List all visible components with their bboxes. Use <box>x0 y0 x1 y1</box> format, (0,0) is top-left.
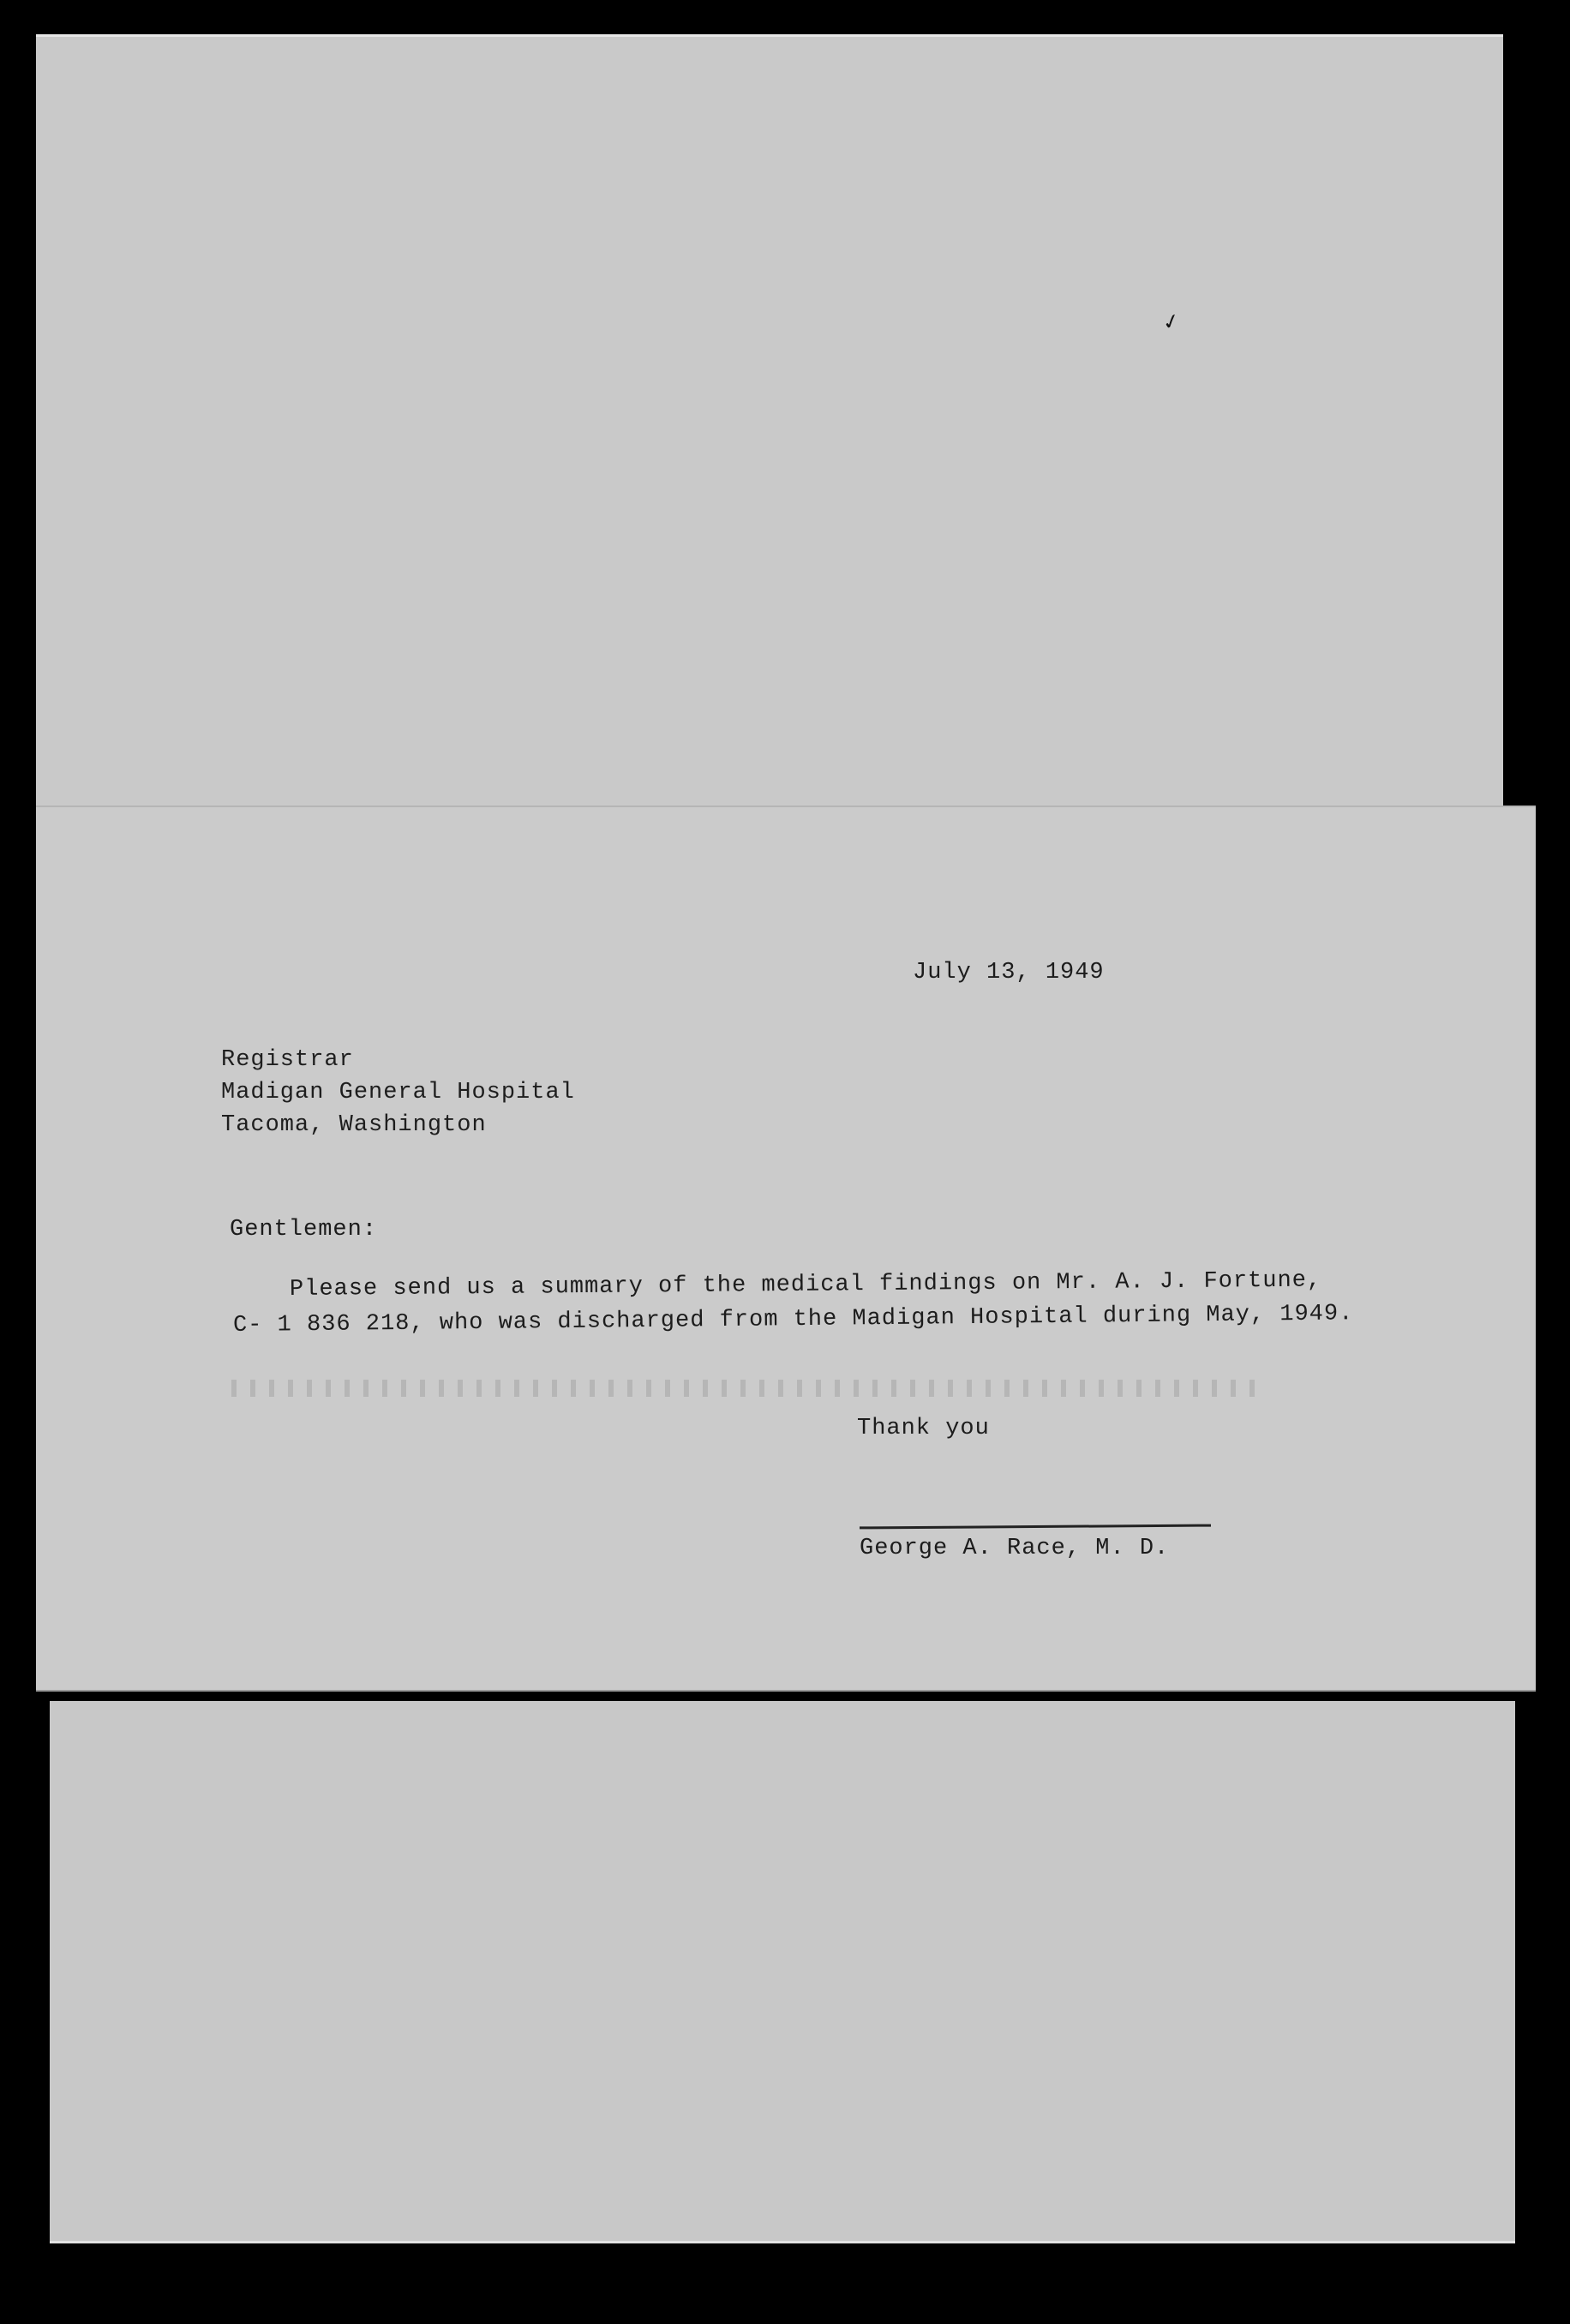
recipient-address: Registrar Madigan General Hospital Tacom… <box>221 1044 575 1141</box>
recipient-line: Madigan General Hospital <box>221 1076 575 1109</box>
upper-page-sheet <box>36 34 1503 825</box>
recipient-line: Tacoma, Washington <box>221 1109 575 1141</box>
recipient-line: Registrar <box>221 1044 575 1076</box>
salutation: Gentlemen: <box>230 1217 377 1243</box>
letter-sheet <box>36 806 1536 1690</box>
letter-date: July 13, 1949 <box>913 960 1105 985</box>
lower-page-sheet <box>50 1701 1515 2243</box>
signature-name: George A. Race, M. D. <box>860 1536 1169 1561</box>
closing: Thank you <box>857 1416 990 1441</box>
faint-bleed-through <box>231 1380 1260 1397</box>
